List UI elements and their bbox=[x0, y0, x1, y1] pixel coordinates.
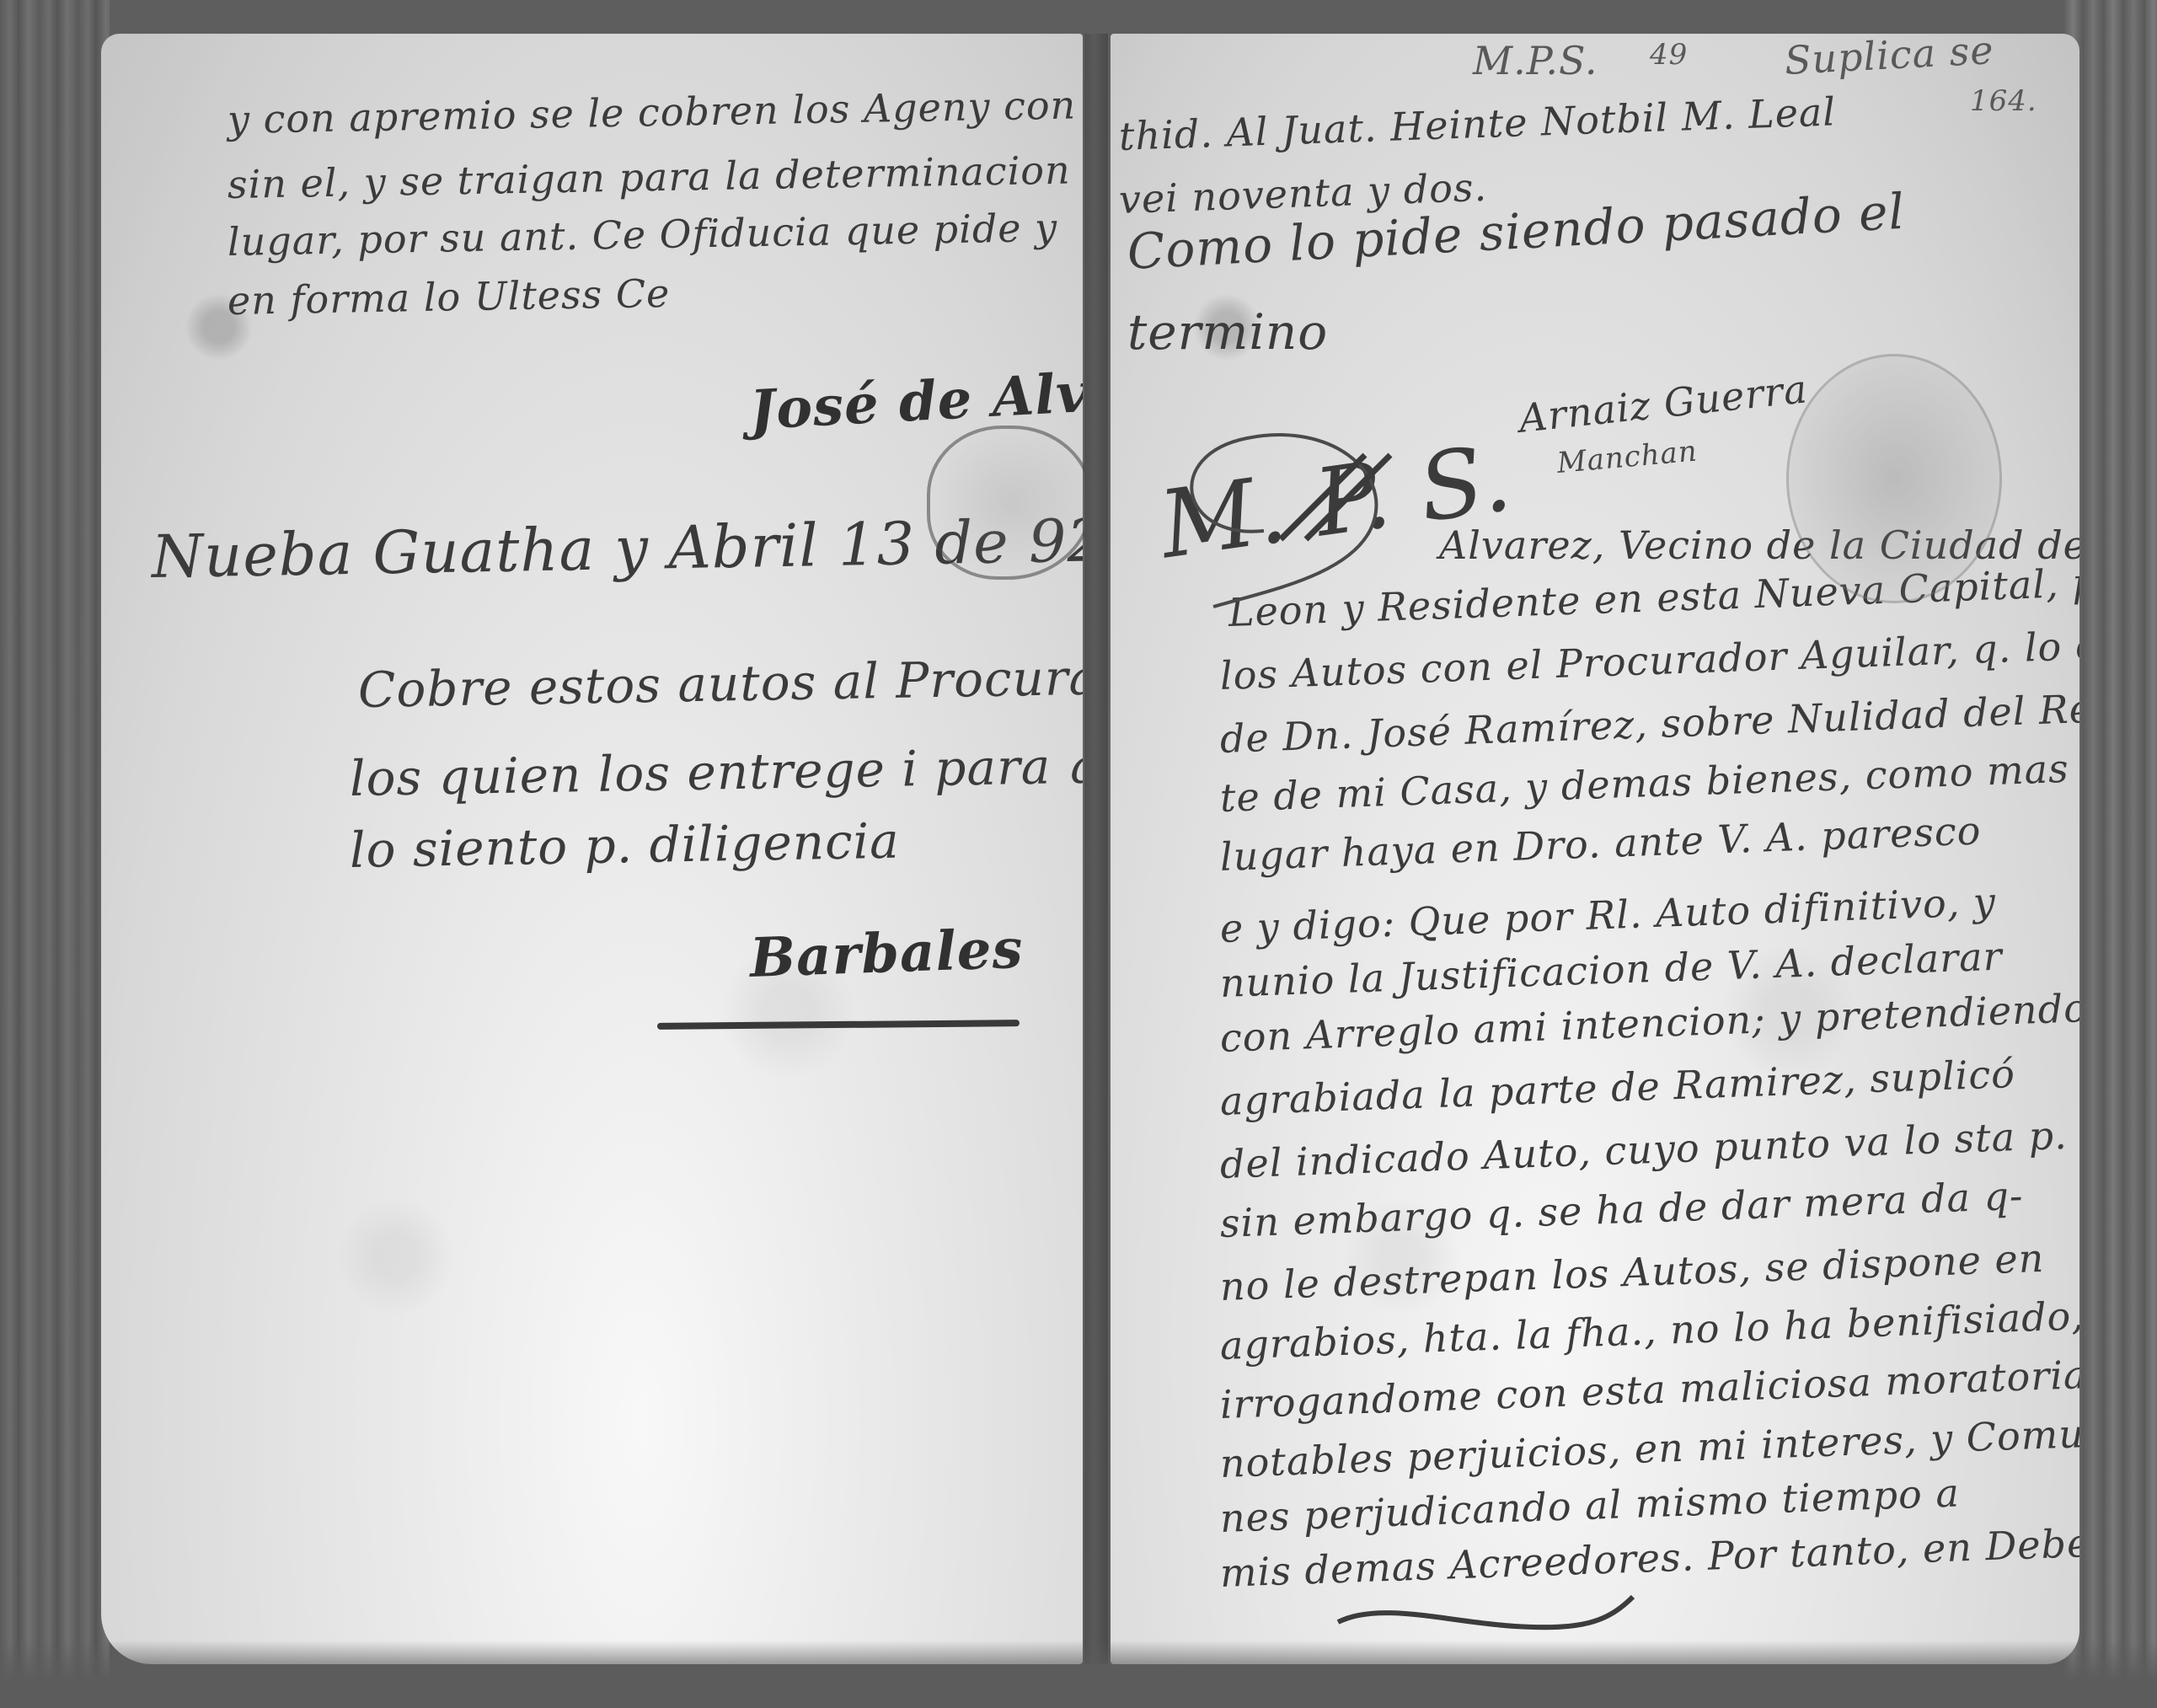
left-page-line: sin el, y se traigan para la determinaci… bbox=[227, 146, 1083, 207]
decree-line: lo siento p. diligencia bbox=[349, 812, 900, 879]
left-page-line: y con apremio se le cobren los Ageny con… bbox=[227, 80, 1083, 142]
header-initials: M.P.S. bbox=[1473, 38, 1598, 83]
folio-note: 49 bbox=[1650, 38, 1688, 72]
rubric-signature-line: Arnaiz Guerra bbox=[1517, 366, 1810, 442]
book-spine bbox=[1084, 34, 1108, 1664]
left-page: y con apremio se le cobren los Ageny con… bbox=[101, 34, 1083, 1664]
folio-number: 164. bbox=[1970, 84, 2037, 118]
left-page-line: lugar, por su ant. Ce Ofiducia que pide … bbox=[227, 205, 1058, 265]
left-page-line: en forma lo Ultess Ce bbox=[227, 270, 671, 324]
right-page-top-line: termino bbox=[1127, 303, 1328, 361]
manuscript-scan: y con apremio se le cobren los Ageny con… bbox=[0, 0, 2157, 1708]
rubric-flourish bbox=[1146, 421, 1500, 607]
rubric-signature-line: Manchan bbox=[1555, 435, 1699, 480]
scan-bottom-shadow bbox=[0, 1641, 2157, 1708]
decree-line: Cobre estos autos al Procurador bbox=[357, 647, 1083, 719]
body-line: lugar haya en Dro. ante V. A. paresco bbox=[1219, 807, 1982, 880]
body-line: los Autos con el Procurador Aguilar, q. … bbox=[1219, 622, 2079, 699]
signature-barbales: Barbales bbox=[749, 918, 1025, 990]
right-page: M.P.S. 49 Suplica se 164. thid. Al Juat.… bbox=[1111, 34, 2079, 1664]
signature-underline bbox=[657, 1020, 1020, 1030]
right-page-top-line: thid. Al Juat. Heinte Notbil M. Leal bbox=[1118, 88, 1837, 159]
decree-line: los quien los entrege i para que con bbox=[349, 734, 1083, 807]
book-edge-left bbox=[0, 0, 110, 1708]
body-line: sin embargo q. se ha de dar mera da q- bbox=[1219, 1173, 2024, 1246]
closing-flourish bbox=[1330, 1597, 1667, 1647]
body-line: agrabiada la parte de Ramirez, suplicó bbox=[1219, 1051, 2016, 1124]
margin-note: Suplica se bbox=[1784, 34, 1995, 83]
seal-stamp-right bbox=[1786, 354, 2002, 603]
